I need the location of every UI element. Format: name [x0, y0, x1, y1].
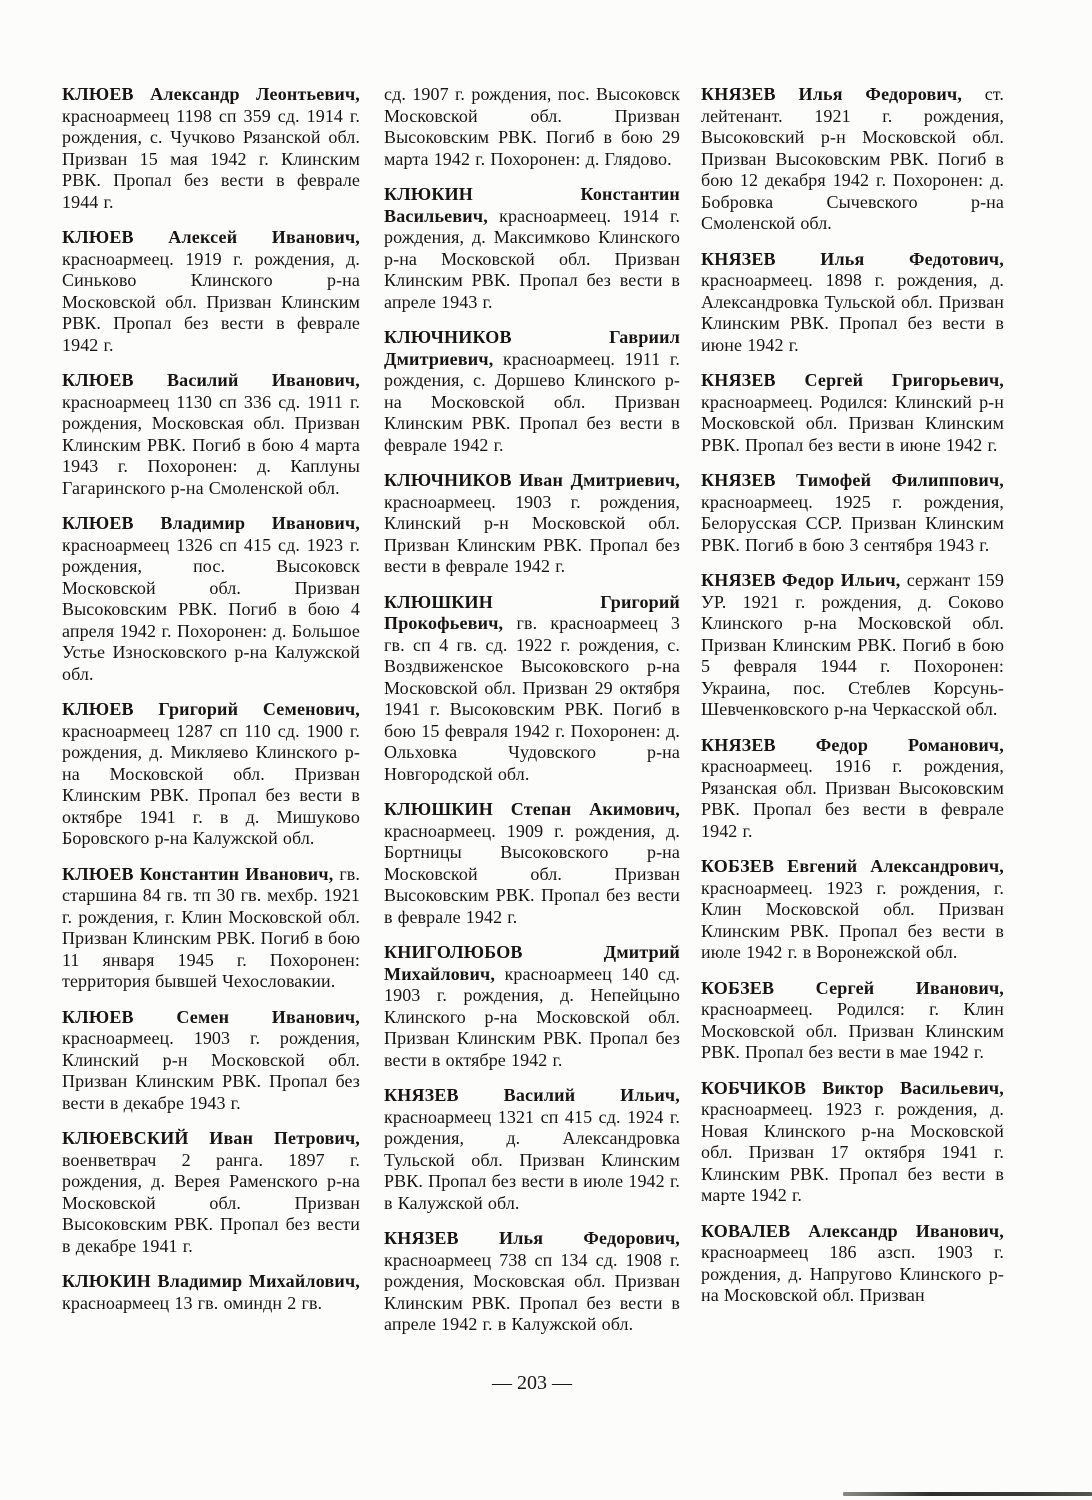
memorial-entry: КНЯЗЕВ Илья Федотович, красноармеец. 189…	[701, 249, 1004, 357]
entry-person-name: КЛЮЧНИКОВ Иван Дмитриевич,	[384, 470, 680, 490]
entry-details: красноармеец. 1903 г. рождения, Клинский…	[384, 492, 680, 577]
memorial-entry: КНЯЗЕВ Федор Ильич, сержант 159 УР. 1921…	[701, 570, 1004, 721]
memorial-entry: КЛЮЕВ Василий Иванович, красноармеец 113…	[62, 370, 360, 499]
entry-details: красноармеец. 1903 г. рождения, Клинский…	[62, 1028, 360, 1113]
memorial-entry: КЛЮЕВ Семен Иванович, красноармеец. 1903…	[62, 1007, 360, 1115]
entry-person-name: КЛЮШКИН Степан Акимович,	[384, 799, 680, 819]
entry-details: ст. лейтенант. 1921 г. рождения, Высоков…	[701, 84, 1004, 233]
entry-person-name: КНЯЗЕВ Сергей Григорьевич,	[701, 370, 1004, 390]
entry-details: красноармеец. 1898 г. рождения, д. Алекс…	[701, 270, 1004, 355]
entry-details: красноармеец 1287 сп 110 сд. 1900 г. рож…	[62, 721, 360, 849]
entry-person-name: КЛЮЕВ Григорий Семенович,	[62, 699, 360, 719]
memorial-entry: КЛЮКИН Владимир Михайлович, красноармеец…	[62, 1271, 360, 1314]
memorial-entry: КЛЮЕВ Александр Леонтьевич, красноармеец…	[62, 84, 360, 213]
memorial-entry-continuation: сд. 1907 г. рождения, пос. Высоковск Мос…	[384, 84, 680, 170]
entry-details: красноармеец 1198 сп 359 сд. 1914 г. рож…	[62, 106, 360, 212]
entry-person-name: КНЯЗЕВ Федор Романович,	[701, 735, 1004, 755]
memorial-entry: КЛЮЧНИКОВ Гавриил Дмитриевич, красноарме…	[384, 327, 680, 456]
entry-person-name: КЛЮЕВ Константин Иванович,	[62, 864, 333, 884]
memorial-entry: КНЯЗЕВ Илья Федорович, красноармеец 738 …	[384, 1228, 680, 1336]
entry-details: красноармеец. 1909 г. рождения, д. Бортн…	[384, 821, 680, 927]
entry-details: красноармеец 186 азсп. 1903 г. рождения,…	[701, 1242, 1004, 1305]
entry-person-name: КЛЮЕВСКИЙ Иван Петрович,	[62, 1128, 360, 1148]
memorial-entry: КНИГОЛЮБОВ Дмитрий Михайлович, красноарм…	[384, 942, 680, 1071]
entry-details: красноармеец 1321 сп 415 сд. 1924 г. рож…	[384, 1107, 680, 1213]
entry-details: красноармеец 1326 сп 415 сд. 1923 г. рож…	[62, 535, 360, 684]
entry-person-name: КЛЮЕВ Владимир Иванович,	[62, 513, 360, 533]
memorial-entry: КЛЮЕВ Алексей Иванович, красноармеец. 19…	[62, 227, 360, 356]
entry-person-name: КНЯЗЕВ Василий Ильич,	[384, 1085, 680, 1105]
memorial-entry: КЛЮШКИН Григорий Прокофьевич, гв. красно…	[384, 592, 680, 786]
entry-person-name: КНЯЗЕВ Илья Федорович,	[384, 1228, 680, 1248]
memorial-entry: КОБЧИКОВ Виктор Васильевич, красноармеец…	[701, 1078, 1004, 1207]
entry-details: красноармеец. 1916 г. рождения, Рязанска…	[701, 756, 1004, 841]
entry-person-name: КЛЮКИН Владимир Михайлович,	[62, 1271, 360, 1291]
entry-person-name: КЛЮЕВ Семен Иванович,	[62, 1007, 360, 1027]
memorial-book-page: КЛЮЕВ Александр Леонтьевич, красноармеец…	[0, 0, 1092, 1500]
entry-person-name: КНЯЗЕВ Илья Федотович,	[701, 249, 1004, 269]
memorial-entry: КНЯЗЕВ Василий Ильич, красноармеец 1321 …	[384, 1085, 680, 1214]
entry-person-name: КЛЮЕВ Александр Леонтьевич,	[62, 84, 360, 104]
memorial-entry: КЛЮЕВ Владимир Иванович, красноармеец 13…	[62, 513, 360, 685]
memorial-entry: КОБЗЕВ Евгений Александрович, красноарме…	[701, 856, 1004, 964]
entry-details: красноармеец. 1925 г. рождения, Белорусс…	[701, 492, 1004, 555]
memorial-entry: КОВАЛЕВ Александр Иванович, красноармеец…	[701, 1221, 1004, 1307]
entry-details: красноармеец 738 сп 134 сд. 1908 г. рожд…	[384, 1250, 680, 1335]
memorial-entry: КНЯЗЕВ Тимофей Филиппович, красноармеец.…	[701, 470, 1004, 556]
entry-details: красноармеец. 1923 г. рождения, д. Новая…	[701, 1099, 1004, 1205]
text-column-2: сд. 1907 г. рождения, пос. Высоковск Мос…	[384, 84, 680, 1336]
text-column-3: КНЯЗЕВ Илья Федорович, ст. лейтенант. 19…	[701, 84, 1004, 1307]
memorial-entry: КЛЮЕВСКИЙ Иван Петрович, военветврач 2 р…	[62, 1128, 360, 1257]
entry-person-name: КОВАЛЕВ Александр Иванович,	[701, 1221, 1004, 1241]
entry-person-name: КНЯЗЕВ Илья Федорович,	[701, 84, 962, 104]
entry-details: красноармеец. 1919 г. рождения, д. Синьк…	[62, 249, 360, 355]
entry-person-name: КНЯЗЕВ Тимофей Филиппович,	[701, 470, 1004, 490]
scan-artifact-line	[843, 1492, 1092, 1496]
entry-person-name: КЛЮЕВ Алексей Иванович,	[62, 227, 360, 247]
memorial-entry: КЛЮЧНИКОВ Иван Дмитриевич, красноармеец.…	[384, 470, 680, 578]
memorial-entry: КЛЮЕВ Константин Иванович, гв. старшина …	[62, 864, 360, 993]
memorial-entry: КНЯЗЕВ Илья Федорович, ст. лейтенант. 19…	[701, 84, 1004, 235]
entry-person-name: КЛЮЕВ Василий Иванович,	[62, 370, 360, 390]
entry-person-name: КОБЗЕВ Сергей Иванович,	[701, 978, 1004, 998]
memorial-entry: КЛЮКИН Константин Васильевич, красноарме…	[384, 184, 680, 313]
entry-details: красноармеец 13 гв. оминдн 2 гв.	[62, 1293, 322, 1313]
entry-details: красноармеец. 1923 г. рождения, г. Клин …	[701, 878, 1004, 963]
memorial-entry: КНЯЗЕВ Федор Романович, красноармеец. 19…	[701, 735, 1004, 843]
entry-details: сержант 159 УР. 1921 г. рождения, д. Сок…	[701, 570, 1004, 719]
memorial-entry: КНЯЗЕВ Сергей Григорьевич, красноармеец.…	[701, 370, 1004, 456]
entry-person-name: КОБЗЕВ Евгений Александрович,	[701, 856, 1004, 876]
memorial-entry: КОБЗЕВ Сергей Иванович, красноармеец. Ро…	[701, 978, 1004, 1064]
entry-details: красноармеец. Родился: Клинский р-н Моск…	[701, 392, 1004, 455]
entry-details: сд. 1907 г. рождения, пос. Высоковск Мос…	[384, 84, 680, 169]
text-column-1: КЛЮЕВ Александр Леонтьевич, красноармеец…	[62, 84, 360, 1314]
page-number: — 203 —	[384, 1372, 680, 1395]
entry-details: гв. красноармеец 3 гв. сп 4 гв. сд. 1922…	[384, 613, 680, 784]
memorial-entry: КЛЮЕВ Григорий Семенович, красноармеец 1…	[62, 699, 360, 850]
entry-person-name: КНЯЗЕВ Федор Ильич,	[701, 570, 901, 590]
entry-details: военветврач 2 ранга. 1897 г. рождения, д…	[62, 1150, 360, 1256]
entry-person-name: КОБЧИКОВ Виктор Васильевич,	[701, 1078, 1004, 1098]
entry-details: красноармеец. Родился: г. Клин Московско…	[701, 999, 1004, 1062]
entry-details: красноармеец 1130 сп 336 сд. 1911 г. рож…	[62, 392, 360, 498]
memorial-entry: КЛЮШКИН Степан Акимович, красноармеец. 1…	[384, 799, 680, 928]
